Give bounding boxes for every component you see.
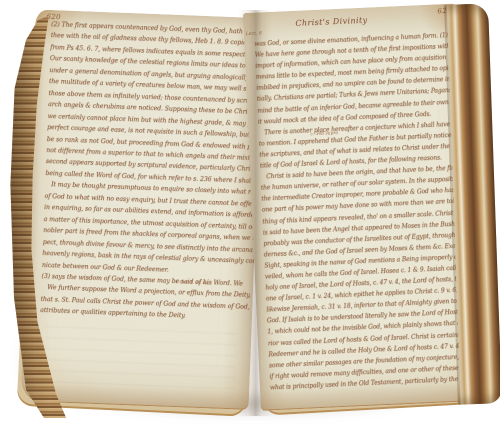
- left-page-text: (2) The first appears countenanced by Go…: [40, 19, 263, 325]
- left-page: 620 (2) The first appears countenanced b…: [21, 9, 264, 409]
- right-page-header: Christ's Divinity: [279, 15, 383, 29]
- show-through-text: [43, 326, 237, 397]
- book-photo: 620 (2) The first appears countenanced b…: [0, 0, 500, 435]
- book-gutter: [238, 10, 272, 416]
